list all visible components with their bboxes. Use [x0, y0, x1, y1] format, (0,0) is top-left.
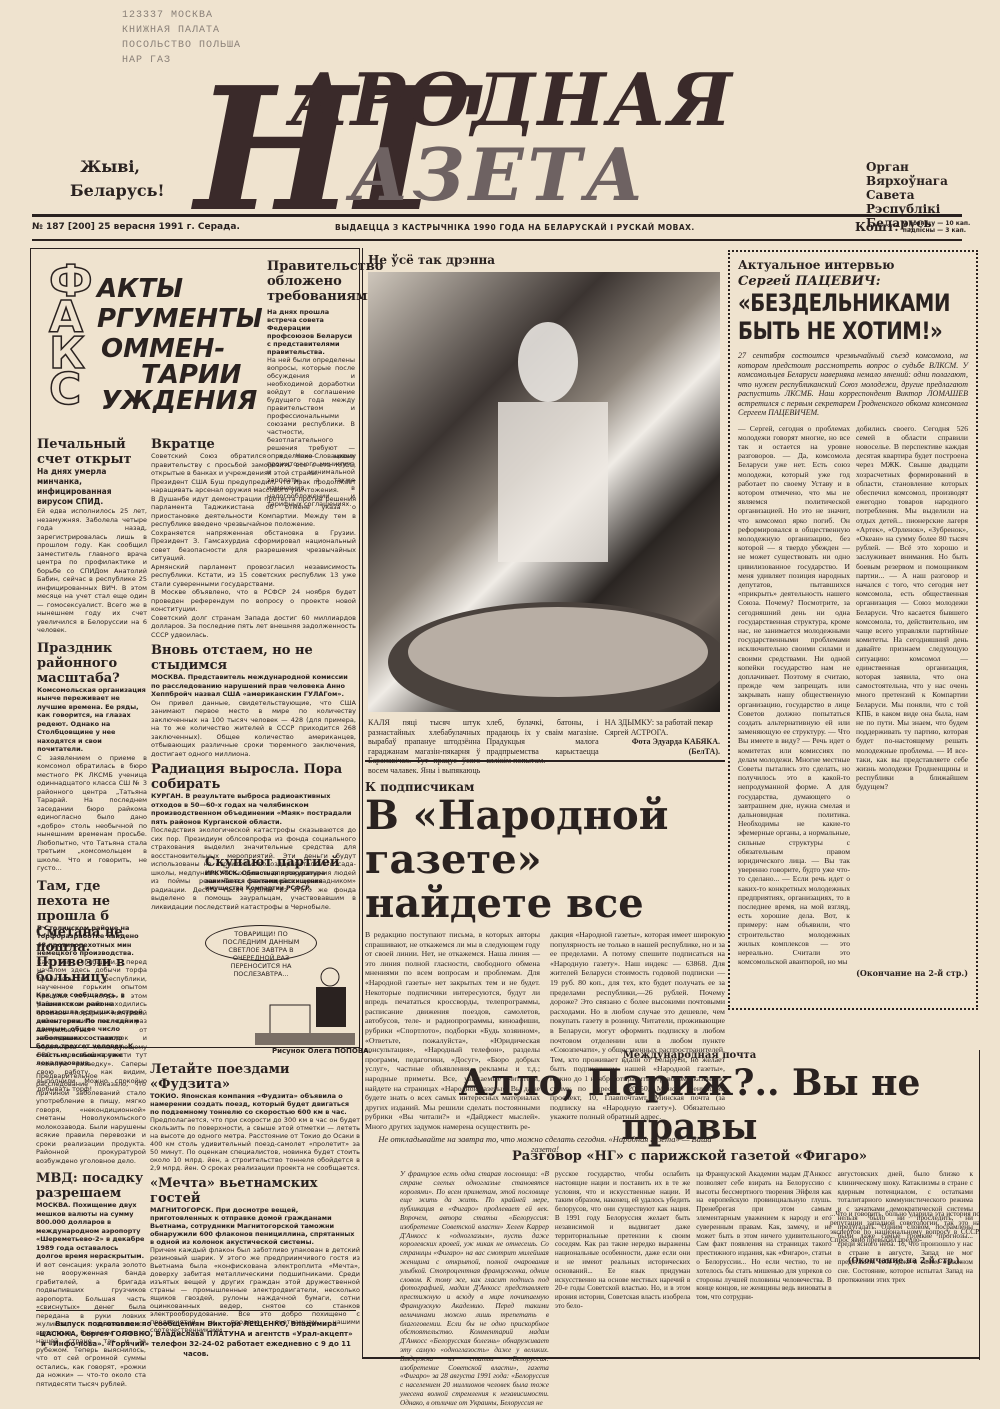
article-title: «Мечта» вьетнамских гостей	[150, 1176, 360, 1206]
logo-word: УЖДЕНИЯ	[101, 388, 257, 414]
motto-line: Беларусь!	[70, 179, 140, 203]
article-text: С заявлением о приеме в комсомол обратил…	[37, 754, 147, 873]
price-block: Кошт: у розніцу — 10 кап.падпісны — 3 ка…	[855, 220, 970, 234]
article-text: Предполагается, что при скорости до 300 …	[150, 1116, 360, 1172]
article-title: Скупают партией	[205, 855, 355, 870]
caption-text: КАЛЯ пяці тысяч штук разнастайных хлебаб…	[368, 718, 599, 775]
motto: Жыві, Беларусь!	[70, 155, 140, 203]
article-column: русское государство, чтобы ослабить наст…	[555, 1170, 690, 1408]
brief-item: В Москве объявлено, что в РСФСР 24 ноябр…	[151, 588, 356, 614]
article-column: августовских дней, было близко к клиниче…	[838, 1170, 973, 1408]
article-lead: МОСКВА. Представитель международной коми…	[151, 673, 356, 699]
logo-word: АКТЫ	[97, 276, 183, 302]
article-title: Летайте поездами «Фудзита»	[150, 1062, 360, 1092]
article-headline: «БЕЗДЕЛЬНИКАМИ БЫТЬ НЕ ХОТИМ!»	[738, 289, 976, 345]
section-rule	[365, 760, 725, 762]
stamp-line: 123337 МОСКВА	[122, 8, 241, 23]
organ-line: Орган	[866, 160, 1000, 174]
article-title: Радиация выросла. Пора собирать	[151, 762, 356, 792]
faks-footer: Выпуск подготовлен по сообщениям Виктора…	[36, 1310, 356, 1359]
article-lead: ТОКИО. Японская компания «Фудзита» объяв…	[150, 1092, 360, 1116]
article-text: Предварительное расследование показало, …	[36, 1072, 146, 1166]
brief-item: Сохраняется напряженная обстановка в Гру…	[151, 529, 356, 563]
article-title: Правительство обложено требованиями	[267, 259, 355, 304]
article-text: Ей едва исполнилось 25 лет, незамужняя. …	[37, 507, 147, 635]
article-rubric: Актуальное интервью	[738, 258, 968, 272]
fujita-article: Летайте поездами «Фудзита» ТОКИО. Японск…	[150, 1062, 360, 1334]
cartoon-illustration	[250, 965, 360, 1045]
continued-note: (Окончание на 2-й стр.)	[738, 968, 968, 978]
brief-news: Вкратце Советский Союз обратился к Чехо-…	[151, 437, 356, 911]
article-column: ца Французской Академии мадам Д'Анкосс п…	[696, 1170, 831, 1408]
masthead-rule-bottom	[32, 239, 962, 241]
faks-logo: Ф А К С АКТЫ РГУМЕНТЫ ОММЕН- ТАРИИ УЖДЕН…	[49, 264, 279, 414]
article-lead: Как уже сообщалось, в Чашникском районе …	[36, 991, 146, 1068]
price-label: Кошт:	[855, 220, 899, 234]
bakery-photo	[368, 272, 720, 712]
article-lead: На днях прошла встреча совета Федерации …	[267, 308, 355, 356]
article-subhead: Разговор «НГ» с парижской газетой «Фигар…	[400, 1149, 979, 1164]
paris-last-column: ...Что и говорить, больно ударила эта ис…	[830, 1210, 980, 1265]
article-column: добились своего. Сегодня 526 семей в обл…	[856, 424, 968, 967]
stamp-line: КНИЖНАЯ ПАЛАТА	[122, 23, 241, 38]
logo-word: ТАРИИ	[141, 362, 241, 388]
article-lead: МАГНИТОГОРСК. При досмотре вещей, пригот…	[150, 1206, 360, 1246]
masthead-rule-top	[32, 214, 962, 217]
baker-photo-icon	[368, 272, 720, 712]
party-article: Скупают партией ИРКУТСК. Областная проку…	[205, 855, 355, 893]
article-title: Печальный счет открыт	[37, 437, 147, 467]
article-headline: Алло, Париж?.. Вы не правы	[400, 1061, 979, 1149]
article-lead: КУРГАН. В результате выброса радиоактивн…	[151, 792, 356, 826]
photo-title: Не ўсё так дрэнна	[368, 253, 495, 267]
article-lead: Комсомольская организация нынче пережива…	[37, 686, 147, 754]
price-retail: у розніцу — 10 кап.	[903, 220, 971, 227]
article-title: Вновь отстаем, но не стыдимся	[151, 643, 356, 673]
brief-item: В Душанбе идут демонстрации протеста про…	[151, 495, 356, 529]
since-line: ВЫДАЕЦЦА З КАСТРЫЧНІКА 1990 ГОДА НА БЕЛА…	[335, 223, 695, 232]
masthead-title-bottom: АЗЕТА	[350, 135, 648, 215]
price-subscription: падпісны — 3 кап.	[903, 227, 971, 234]
interview-intro: 27 сентября состоится чрезвычайный съезд…	[738, 351, 968, 418]
brief-item: Советский Союз обратился к Чехо-Словацко…	[151, 452, 356, 478]
article-title: Сметана не пошла. Привезли в больницу	[36, 925, 146, 985]
article-lead: На днях умерла минчанка, инфицированная …	[37, 467, 147, 507]
issue-line: № 187 [200] 25 верасня 1991 г. Серада.	[32, 222, 240, 232]
brief-item: Президент США Буш предупредил, что Ирак …	[151, 478, 356, 495]
article-title: МВД: посадку разрешаем	[36, 1171, 146, 1201]
article-column: ...Что и говорить, больно ударила эта ис…	[830, 1210, 980, 1245]
article-title: Праздник районного масштаба?	[37, 641, 147, 686]
cartoon-credit: Рисунок Олега ПОПОВА.	[272, 1047, 371, 1055]
article-lead: МОСКВА. Похищение двух мешков валюты на …	[36, 1201, 146, 1261]
logo-word: РГУМЕНТЫ	[97, 306, 263, 332]
brief-item: Армянский парламент провозгласил независ…	[151, 563, 356, 589]
brief-item: Советский долг странам Запада достиг 60 …	[151, 614, 356, 640]
paris-article: Международная почта Алло, Париж?.. Вы не…	[400, 1050, 980, 1360]
article-text: Он привел данные, свидетельствующие, что…	[151, 699, 356, 759]
continued-note: (Окончание на 2-й стр.).	[830, 1255, 980, 1265]
article-title: Вкратце	[151, 437, 356, 452]
bottom-rule	[362, 1357, 980, 1359]
speaker-at-podium-icon	[250, 965, 360, 1045]
logo-word: ОММЕН-	[101, 336, 225, 362]
organ-line: Вярхоўнага Савета	[866, 174, 1000, 202]
interview-speaker: Сергей ПАЦЕВИЧ:	[738, 274, 968, 289]
article-column: — Сергей, сегодня о проблемах молодежи г…	[738, 424, 850, 967]
logo-letter: С	[49, 364, 81, 415]
article-lead: ИРКУТСК. Областная прокуратура занимаетс…	[205, 870, 355, 893]
photo-subject: НА ЗДЫМКУ: за работай пекар Сяргей АСТРО…	[605, 718, 720, 737]
column-divider	[362, 248, 363, 1358]
cartoon-speech-bubble: ТОВАРИЩИ! ПО ПОСЛЕДНИМ ДАННЫМ СВЕТЛОЕ ЗА…	[205, 925, 317, 961]
article-title: Там, где пехота не прошла б	[37, 879, 147, 924]
masthead-logo: НГ АРОДНАЯ АЗЕТА	[195, 50, 815, 240]
masthead-title-top: АРОДНАЯ	[290, 60, 734, 140]
photo-credit: Фота Эдуарда КАБЯКА. (БелТА).	[605, 737, 720, 756]
interview-article: Актуальное интервью Сергей ПАЦЕВИЧ: «БЕЗ…	[728, 250, 978, 1010]
photo-caption: КАЛЯ пяці тысяч штук разнастайных хлебаб…	[368, 718, 720, 775]
article-column: У французов есть одна старая пословица: …	[400, 1170, 549, 1408]
article-headline: В «Народной газете» найдете все	[365, 794, 725, 926]
article-rubric: Международная почта	[400, 1050, 979, 1061]
motto-line: Жыві,	[70, 155, 140, 179]
